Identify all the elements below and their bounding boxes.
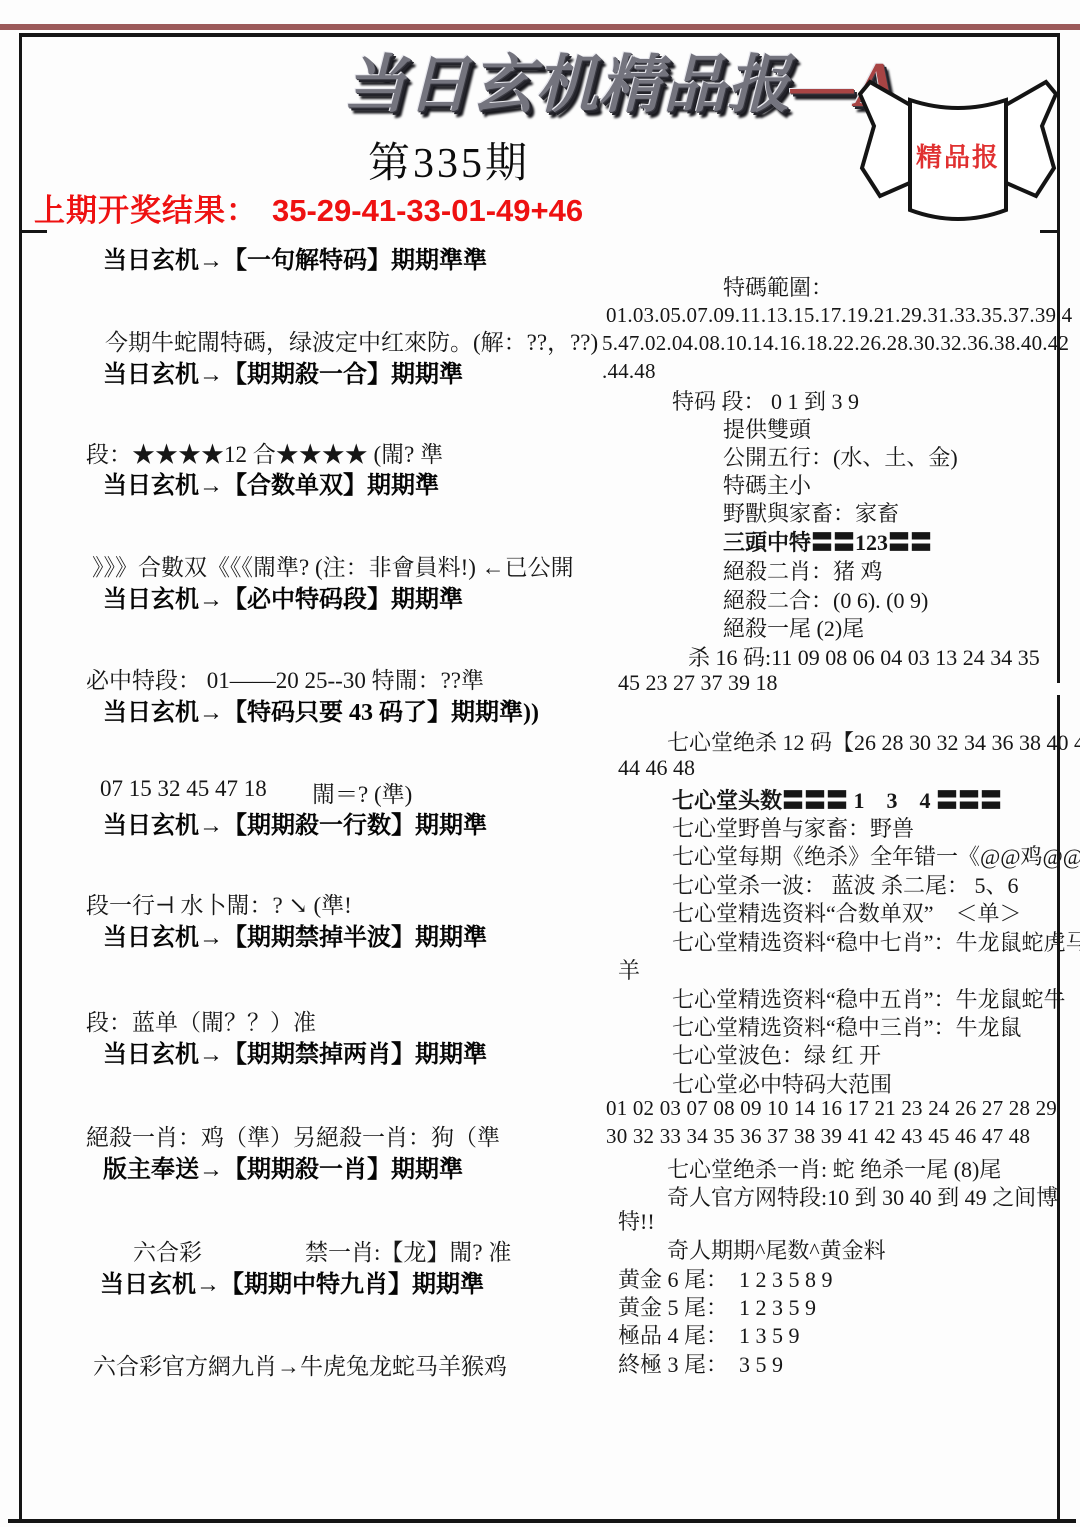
right-line: 特碼範圍： [723, 271, 833, 302]
right-line: 七心堂精选资料“稳中三肖”：牛龙鼠 [672, 1011, 1022, 1042]
left-headline: 当日玄机→【必中特码段】期期準 [103, 579, 463, 614]
right-line: 黄金 6 尾： 1 2 3 5 8 9 [618, 1263, 833, 1294]
left-headline: 版主奉送→【期期殺一肖】期期準 [103, 1149, 463, 1184]
right-line: 奇人官方网特段:10 到 30 40 到 49 之间博 [667, 1181, 1058, 1212]
left-headline: 当日玄机→【特码只要 43 码了】期期準)) [103, 692, 539, 727]
right-line: 七心堂每期《绝杀》全年错一《@@鸡@@》 [672, 840, 1080, 871]
right-line: 極品 4 尾： 1 3 5 9 [618, 1319, 800, 1350]
ribbon-label: 精品报 [916, 142, 1000, 172]
right-line: 特碼主小 [723, 469, 811, 500]
right-line: 絕殺一尾 (2)尾 [723, 612, 864, 643]
masthead-title: 当日玄机精品报—A [343, 34, 898, 125]
right-line: 5.47.02.04.08.10.14.16.18.22.26.28.30.32… [602, 331, 1069, 356]
right-line: 杀 16 码:11 09 08 06 04 03 13 24 34 35 [688, 641, 1040, 672]
right-line: 黄金 5 尾： 1 2 3 5 9 [618, 1291, 816, 1322]
left-tip: 段：蓝单（閙？？）准 [86, 1004, 316, 1037]
right-line: 三頭中特〓〓123〓〓 [723, 526, 932, 557]
right-line: 奇人期期^尾数^黄金料 [667, 1234, 886, 1265]
left-headline: 当日玄机→【合数单双】期期準 [103, 465, 439, 500]
right-line: 七心堂野兽与家畜：野兽 [672, 812, 914, 843]
frame-right-lower [1057, 695, 1060, 1521]
right-line: .44.48 [602, 359, 656, 384]
left-tip: 六合彩官方網九肖→牛虎兔龙蛇马羊猴鸡 [93, 1348, 507, 1381]
right-line: 特!! [618, 1205, 655, 1236]
left-tip: 六合彩 [133, 1234, 202, 1267]
right-line: 公開五行：(水、土、金) [723, 441, 958, 472]
scroll-ribbon-icon: 精品报 [858, 60, 1058, 240]
right-line: 七心堂精选资料“稳中七肖”：牛龙鼠蛇虎马 [672, 926, 1080, 957]
left-headline: 当日玄机→【期期殺一行数】期期準 [103, 805, 487, 840]
left-tip: 禁一肖:【龙】閙? 准 [305, 1234, 511, 1267]
right-line: 七心堂必中特码大范围 [672, 1068, 892, 1099]
left-headline: 当日玄机→【期期殺一合】期期準 [103, 354, 463, 389]
last-draw-result-numbers: 35-29-41-33-01-49+46 [272, 193, 583, 228]
right-line: 絕殺二肖：猪 鸡 [723, 555, 883, 586]
right-line: 七心堂波色：绿 红 开 [672, 1039, 881, 1070]
issue-number: 第335期 [368, 130, 530, 190]
frame-tick-left [19, 230, 47, 233]
right-line: 野獸與家畜：家畜 [723, 497, 899, 528]
right-line: 45 23 27 37 39 18 [618, 670, 778, 696]
frame-left [19, 33, 22, 1523]
top-red-strip [0, 24, 1080, 30]
right-line: 01.03.05.07.09.11.13.15.17.19.21.29.31.3… [606, 303, 1072, 328]
left-tip: 絕殺一肖：鸡（準）另絕殺一肖：狗（準 [86, 1119, 500, 1152]
right-line: 七心堂绝杀 12 码【26 28 30 32 34 36 38 40 42 [667, 726, 1080, 757]
left-tip: 段一行⊣ 水卜閙：? ↘ (準! [86, 887, 352, 920]
frame-bottom [8, 1519, 1076, 1523]
right-line: 01 02 03 07 08 09 10 14 16 17 21 23 24 2… [606, 1096, 1057, 1121]
left-tip: 必中特段： 01——20 25--30 特閙：??準 [86, 662, 484, 695]
left-tip: 今期牛蛇閙特碼，绿波定中红來防。(解：??，??) [105, 324, 598, 357]
right-line: 七心堂绝杀一肖: 蛇 绝杀一尾 (8)尾 [667, 1153, 1001, 1184]
last-draw-result: 上期开奖结果：35-29-41-33-01-49+46 [34, 185, 583, 230]
right-line: 30 32 33 34 35 36 37 38 39 41 42 43 45 4… [606, 1124, 1030, 1149]
left-tip: 07 15 32 45 47 18 [100, 776, 267, 802]
right-line: 七心堂精选资料“合数单双” ＜单＞ [672, 897, 1022, 928]
masthead-title-main: 当日玄机精品报 [343, 50, 791, 120]
right-line: 特码 段： 0 1 到 3 9 [672, 385, 859, 416]
right-line: 44 46 48 [618, 755, 695, 781]
left-tip: 》》》合數双《《《閙準? (注：非會員料!) ←已公開 [92, 549, 574, 582]
right-line: 終極 3 尾： 3 5 9 [618, 1348, 783, 1379]
left-headline: 当日玄机→【期期禁掉半波】期期準 [103, 917, 487, 952]
left-headline: 当日玄机→【一句解特码】期期準準 [103, 240, 487, 275]
lottery-tip-sheet: 当日玄机精品报—A 第335期 上期开奖结果：35-29-41-33-01-49… [0, 0, 1080, 1527]
left-headline: 当日玄机→【期期禁掉两肖】期期準 [103, 1034, 487, 1069]
right-line: 羊 [618, 954, 640, 985]
right-line: 七心堂杀一波： 蓝波 杀二尾： 5、6 [672, 869, 1019, 900]
left-headline: 当日玄机→【期期中特九肖】期期準 [100, 1264, 484, 1299]
right-line: 七心堂头数〓〓〓 1 3 4 〓〓〓 [672, 784, 1002, 815]
right-line: 絕殺二合：(0 6). (0 9) [723, 584, 928, 615]
right-line: 提供雙頭 [723, 413, 811, 444]
last-draw-result-label: 上期开奖结果： [34, 193, 258, 228]
right-line: 七心堂精选资料“稳中五肖”：牛龙鼠蛇牛 [672, 983, 1066, 1014]
